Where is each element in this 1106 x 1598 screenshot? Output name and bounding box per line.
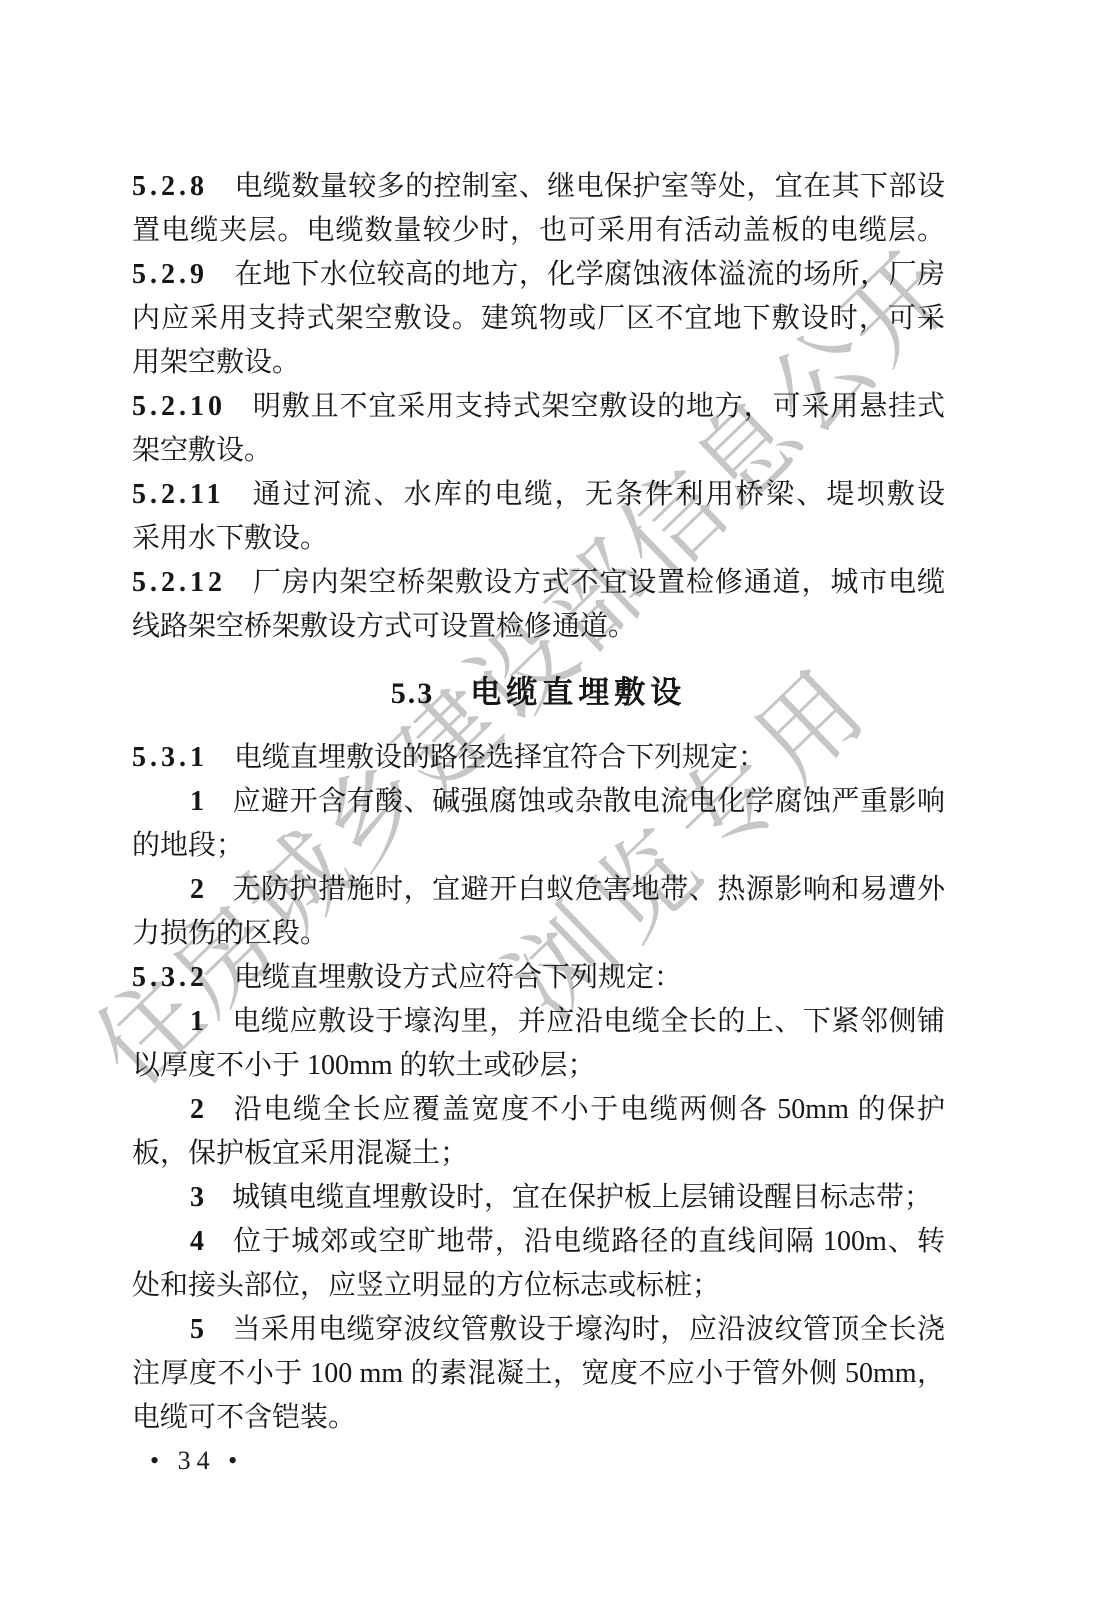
text-line: 5.2.9在地下水位较高的地方，化学腐蚀液体溢流的场所，厂房 [132, 253, 945, 297]
document-body: 5.2.8电缆数量较多的控制室、继电保护室等处，宜在其下部设置电缆夹层。电缆数量… [132, 165, 945, 1440]
text-line: 5当采用电缆穿波纹管敷设于壕沟时，应沿波纹管顶全长浇 [132, 1308, 945, 1352]
text-line: 力损伤的区段。 [132, 912, 945, 956]
text-line: 3城镇电缆直埋敷设时，宜在保护板上层铺设醒目标志带； [132, 1176, 945, 1220]
text-line: 内应采用支持式架空敷设。建筑物或厂区不宜地下敷设时，可采 [132, 297, 945, 341]
clause-number: 5.2.9 [132, 259, 208, 290]
text-line: 2无防护措施时，宜避开白蚁危害地带、热源影响和易遭外 [132, 868, 945, 912]
item-number: 1 [190, 786, 204, 817]
text-line: 的地段； [132, 824, 945, 868]
text-line: 线路架空桥架敷设方式可设置检修通道。 [132, 605, 945, 649]
section-heading: 5.3电缆直埋敷设 [132, 671, 945, 715]
text-line: 置电缆夹层。电缆数量较少时，也可采用有活动盖板的电缆层。 [132, 209, 945, 253]
text-line: 架空敷设。 [132, 429, 945, 473]
item-number: 5 [190, 1314, 204, 1345]
clause-number: 5.2.8 [132, 171, 208, 202]
item-number: 3 [190, 1182, 204, 1213]
text-line: 注厚度不小于 100 mm 的素混凝土，宽度不应小于管外侧 50mm， [132, 1352, 945, 1396]
item-number: 2 [190, 874, 204, 905]
text-line: 5.2.8电缆数量较多的控制室、继电保护室等处，宜在其下部设 [132, 165, 945, 209]
text-line: 采用水下敷设。 [132, 517, 945, 561]
text-line: 2沿电缆全长应覆盖宽度不小于电缆两侧各 50mm 的保护 [132, 1088, 945, 1132]
text-line: 用架空敷设。 [132, 341, 945, 385]
clause-number: 5.3.2 [132, 962, 208, 993]
text-line: 5.2.11通过河流、水库的电缆，无条件利用桥梁、堤坝敷设时，可 [132, 473, 945, 517]
clause-number: 5.2.11 [132, 479, 224, 510]
item-number: 2 [190, 1094, 204, 1125]
clause-number: 5.2.12 [132, 567, 226, 598]
page-number: • 34 • [150, 1446, 243, 1476]
text-line: 处和接头部位，应竖立明显的方位标志或标桩； [132, 1264, 945, 1308]
text-line: 电缆可不含铠装。 [132, 1396, 945, 1440]
text-line: 5.2.10明敷且不宜采用支持式架空敷设的地方，可采用悬挂式 [132, 385, 945, 429]
text-line: 5.3.2电缆直埋敷设方式应符合下列规定： [132, 956, 945, 1000]
page: 住房城乡建设部信息公开 浏览专用 5.2.8电缆数量较多的控制室、继电保护室等处… [0, 0, 1106, 1598]
item-number: 4 [190, 1226, 204, 1257]
text-line: 5.2.12厂房内架空桥架敷设方式不宜设置检修通道，城市电缆 [132, 561, 945, 605]
text-line: 板，保护板宜采用混凝土； [132, 1132, 945, 1176]
clause-number: 5.2.10 [132, 391, 226, 422]
heading-title: 电缆直埋敷设 [470, 675, 686, 710]
text-line: 5.3.1电缆直埋敷设的路径选择宜符合下列规定： [132, 736, 945, 780]
clause-number: 5.3.1 [132, 742, 208, 773]
text-line: 1电缆应敷设于壕沟里，并应沿电缆全长的上、下紧邻侧铺 [132, 1000, 945, 1044]
heading-number: 5.3 [391, 677, 435, 710]
text-line: 1应避开含有酸、碱强腐蚀或杂散电流电化学腐蚀严重影响 [132, 780, 945, 824]
text-line: 以厚度不小于 100mm 的软土或砂层； [132, 1044, 945, 1088]
text-line: 4位于城郊或空旷地带，沿电缆路径的直线间隔 100m、转弯 [132, 1220, 945, 1264]
item-number: 1 [190, 1006, 204, 1037]
